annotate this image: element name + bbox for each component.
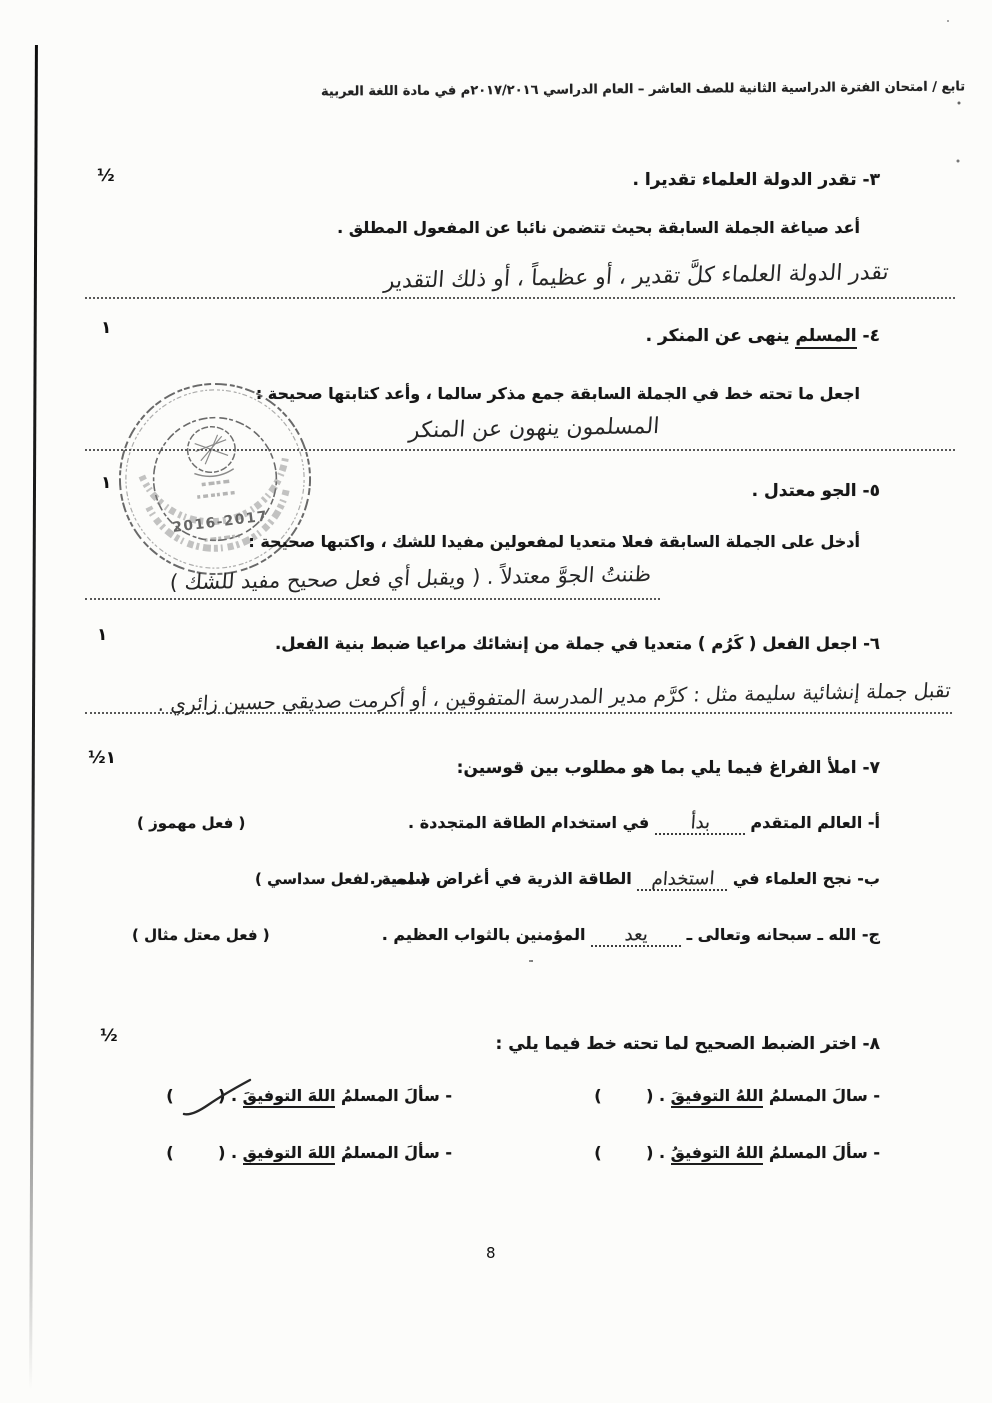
q3-text: تقدر الدولة العلماء تقديرا . xyxy=(633,170,857,190)
q5-answer-line xyxy=(85,598,660,600)
q7-item-a-blank: بدأ xyxy=(655,812,745,835)
q8-option-1-pre: - سالَ المسلمُ xyxy=(763,1086,880,1105)
scan-specks xyxy=(531,960,533,962)
page-number: 8 xyxy=(486,1244,496,1262)
q7-item-a-label: أ- xyxy=(868,813,880,832)
q7-item-b-answer: استخدام xyxy=(651,868,715,890)
question-8: ٨- اختر الضبط الصحيح لما تحته خط فيما يل… xyxy=(495,1034,880,1054)
q7-item-b: ب- نجح العلماء في استخدام الطاقة الذرية … xyxy=(370,868,880,891)
q3-handwritten-answer: تقدر الدولة العلماء كلَّ تقدير ، أو عظيم… xyxy=(383,260,890,294)
q8-option-1-parens: ( ) xyxy=(594,1086,653,1105)
q7-number: ٧- xyxy=(863,758,880,778)
q7-item-a-post: في استخدام الطاقة المتجددة . xyxy=(408,813,649,832)
q5-mark: ١ xyxy=(101,473,111,493)
school-stamp: 2016-2017 xyxy=(105,368,326,591)
q7-item-c-pre: الله ـ سبحانه وتعالى ـ xyxy=(687,925,857,944)
q4-text: ينهى عن المنكر . xyxy=(646,326,796,346)
q3-mark: ½ xyxy=(97,166,115,186)
q8-option-3-pre: - سألَ المسلمُ xyxy=(763,1143,880,1162)
q7-item-a-answer: بدأ xyxy=(690,812,711,833)
q8-option-1: - سالَ المسلمُ اللهُ التوفيقَ . ( ) xyxy=(594,1086,880,1105)
q6-number: ٦- xyxy=(863,634,880,653)
q4-underlined-word: المسلم xyxy=(795,326,856,349)
q8-option-4-underlined: اللهَ التوفيقِ xyxy=(243,1143,336,1165)
falcon-emblem-icon xyxy=(185,424,240,498)
q8-option-4: - سألَ المسلمُ اللهَ التوفيقِ . ( ) xyxy=(166,1143,452,1162)
q8-option-1-underlined: اللهُ التوفيقَ xyxy=(671,1086,764,1108)
q7-item-b-pre: نجح العلماء في xyxy=(733,869,852,888)
q8-option-2-pre: - سألَ المسلمُ xyxy=(335,1086,452,1105)
q4-handwritten-answer: المسلمون ينهون عن المنكر xyxy=(408,414,660,443)
question-7: ٧- املأ الفراغ فيما يلي بما هو مطلوب بين… xyxy=(457,758,880,778)
q5-number: ٥- xyxy=(863,481,880,501)
exam-page: تابع / امتحان الفترة الدراسية الثانية لل… xyxy=(0,0,992,1403)
q7-item-c-label: ج- xyxy=(862,925,880,944)
q3-instruction: أعد صياغة الجملة السابقة بحيث تتضمن نائب… xyxy=(337,218,860,237)
q4-mark: ١ xyxy=(101,318,111,338)
q6-handwritten-answer: تقبل جملة إنشائية سليمة مثل : كرَّم مدير… xyxy=(157,678,952,716)
q8-option-4-parens: ( ) xyxy=(166,1143,225,1162)
q8-option-3-underlined: اللهُ التوفيقُ xyxy=(671,1143,764,1165)
q7-item-a-pre: العالم المتقدم xyxy=(750,813,862,832)
q8-number: ٨- xyxy=(863,1034,880,1054)
q8-option-4-post: . xyxy=(231,1143,243,1162)
scan-edge-line xyxy=(29,45,38,1390)
q7-item-a: أ- العالم المتقدم بدأ في استخدام الطاقة … xyxy=(408,812,880,835)
exam-header: تابع / امتحان الفترة الدراسية الثانية لل… xyxy=(321,79,965,99)
q4-number: ٤- xyxy=(863,326,880,346)
question-5: ٥- الجو معتدل . xyxy=(752,481,880,501)
q8-option-2-underlined: اللهَ التوفيقَ xyxy=(243,1086,336,1108)
q3-number: ٣- xyxy=(863,170,880,190)
q8-option-3-post: . xyxy=(659,1143,671,1162)
q8-option-3: - سألَ المسلمُ اللهُ التوفيقُ . ( ) xyxy=(594,1143,880,1162)
question-4: ٤- المسلم ينهى عن المنكر . xyxy=(646,326,880,346)
q7-item-a-hint: ( فعل مهموز ) xyxy=(137,814,245,832)
question-6: ٦- اجعل الفعل ( كَرُم ) متعديا في جملة م… xyxy=(275,634,880,653)
q8-text: اختر الضبط الصحيح لما تحته خط فيما يلي : xyxy=(495,1034,856,1054)
q6-mark: ١ xyxy=(97,625,107,645)
q7-item-c-post: المؤمنين بالثواب العظيم . xyxy=(382,925,586,944)
q7-item-b-hint: ( مصدر لفعل سداسي ) xyxy=(255,870,428,888)
q3-answer-line xyxy=(85,297,955,299)
q8-option-1-post: . xyxy=(659,1086,671,1105)
q6-text: اجعل الفعل ( كَرُم ) متعديا في جملة من إ… xyxy=(275,634,857,653)
q4-instruction: اجعل ما تحته خط في الجملة السابقة جمع مذ… xyxy=(256,384,860,403)
q5-text: الجو معتدل . xyxy=(752,481,857,501)
q5-instruction: أدخل على الجملة السابقة فعلا متعديا لمفع… xyxy=(248,532,860,551)
handwritten-checkmark xyxy=(178,1072,256,1120)
q7-item-c-blank: يعد xyxy=(591,924,681,947)
q8-mark: ½ xyxy=(100,1026,118,1046)
q7-item-c: ج- الله ـ سبحانه وتعالى ـ يعد المؤمنين ب… xyxy=(382,924,880,947)
q7-item-c-answer: يعد xyxy=(624,924,649,945)
q7-text: املأ الفراغ فيما يلي بما هو مطلوب بين قو… xyxy=(457,758,857,778)
question-3: ٣- تقدر الدولة العلماء تقديرا . xyxy=(633,170,880,190)
q7-item-b-label: ب- xyxy=(857,869,880,888)
q7-mark: ١½ xyxy=(88,748,116,768)
q7-item-b-blank: استخدام xyxy=(637,868,727,891)
q7-item-c-hint: ( فعل معتل مثال ) xyxy=(132,926,270,944)
q8-option-4-pre: - سألَ المسلمُ xyxy=(335,1143,452,1162)
q8-option-3-parens: ( ) xyxy=(594,1143,653,1162)
